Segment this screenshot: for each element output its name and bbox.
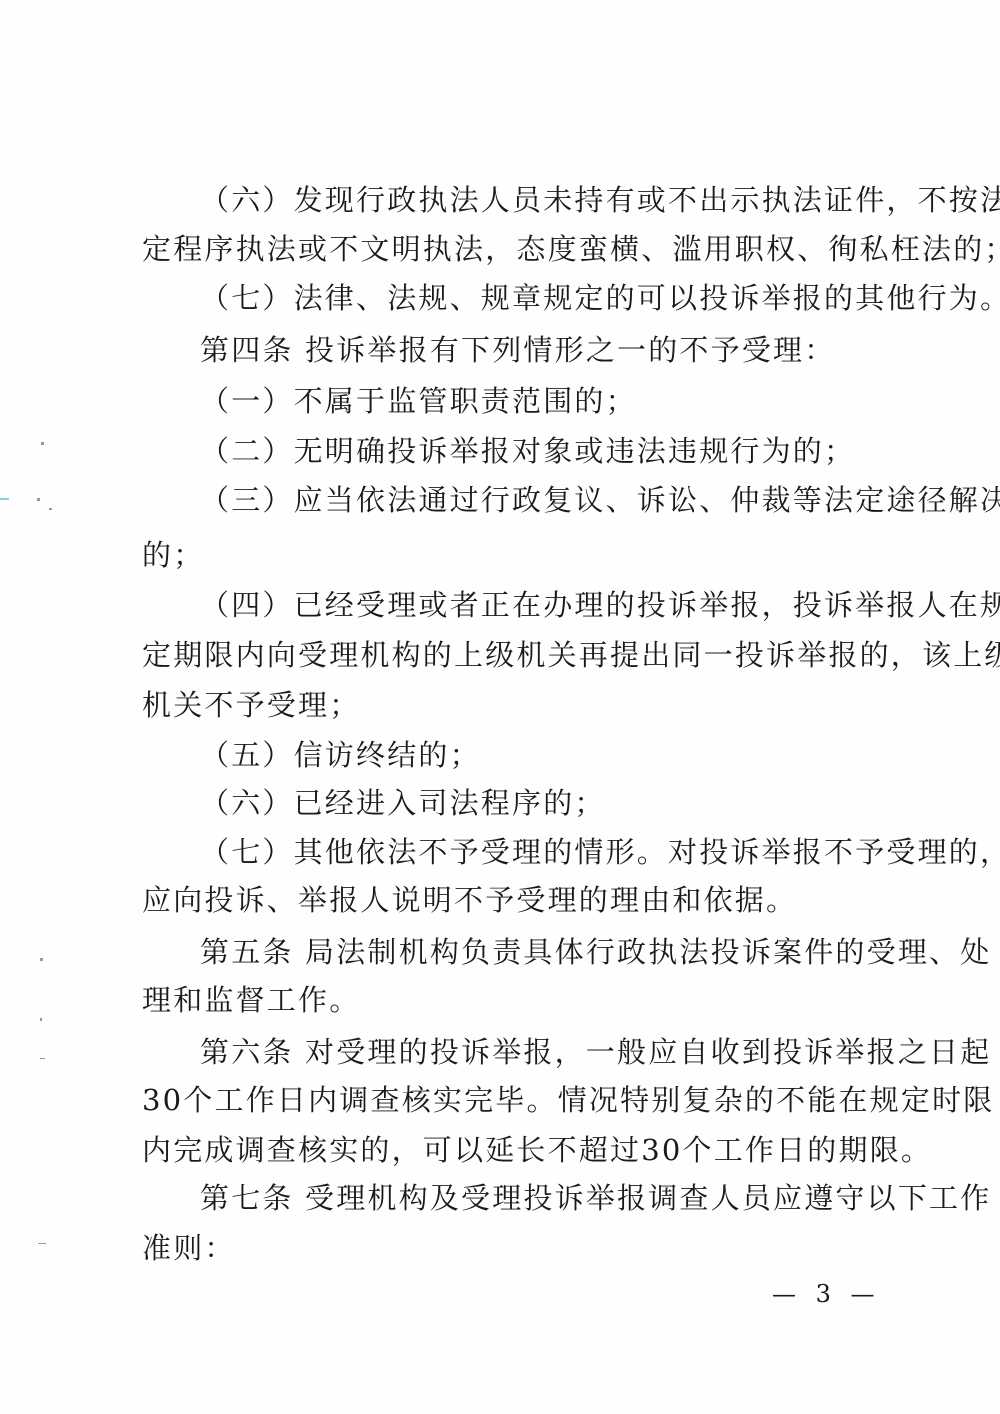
text-line: （五）信访终结的；	[200, 738, 481, 772]
scan-speck	[41, 442, 44, 445]
document-page: （六）发现行政执法人员未持有或不出示执法证件，不按法 定程序执法或不文明执法，态…	[0, 0, 1000, 1414]
text-line: （一）不属于监管职责范围的；	[200, 384, 637, 418]
text-line: 定期限内向受理机构的上级机关再提出同一投诉举报的，该上级	[142, 638, 1000, 672]
text-line: （六）发现行政执法人员未持有或不出示执法证件，不按法	[200, 183, 1000, 217]
text-line: 机关不予受理；	[142, 688, 360, 722]
scan-speck	[38, 1243, 46, 1244]
text-line: 的；	[142, 538, 204, 572]
text-line: 准则：	[142, 1231, 236, 1265]
text-line: 内完成调查核实的，可以延长不超过30个工作日的期限。	[142, 1133, 932, 1167]
article-heading: 第四条 投诉举报有下列情形之一的不予受理：	[200, 333, 835, 367]
text-line: （七）其他依法不予受理的情形。对投诉举报不予受理的，	[200, 835, 1000, 869]
article-heading: 第五条 局法制机构负责具体行政执法投诉案件的受理、处	[200, 935, 991, 969]
scan-mark	[0, 498, 9, 500]
article-heading: 第六条 对受理的投诉举报，一般应自收到投诉举报之日起	[200, 1035, 991, 1069]
text-line: （七）法律、法规、规章规定的可以投诉举报的其他行为。	[200, 281, 1000, 315]
text-line: （三）应当依法通过行政复议、诉讼、仲裁等法定途径解决	[200, 483, 1000, 517]
text-line: （四）已经受理或者正在办理的投诉举报，投诉举报人在规	[200, 588, 1000, 622]
scan-speck	[40, 1058, 45, 1059]
scan-speck	[40, 1018, 42, 1021]
text-line: （六）已经进入司法程序的；	[200, 786, 606, 820]
scan-speck	[49, 508, 52, 510]
text-line: 应向投诉、举报人说明不予受理的理由和依据。	[142, 883, 797, 917]
text-line: 30个工作日内调查核实完毕。情况特别复杂的不能在规定时限	[142, 1083, 995, 1117]
text-line: （二）无明确投诉举报对象或违法违规行为的；	[200, 434, 855, 468]
scan-speck	[37, 498, 40, 501]
page-number: — 3 —	[772, 1280, 881, 1308]
article-heading: 第七条 受理机构及受理投诉举报调查人员应遵守以下工作	[200, 1181, 991, 1215]
text-line: 定程序执法或不文明执法，态度蛮横、滥用职权、徇私枉法的；	[142, 232, 1000, 266]
text-line: 理和监督工作。	[142, 983, 360, 1017]
scan-speck	[40, 958, 43, 961]
